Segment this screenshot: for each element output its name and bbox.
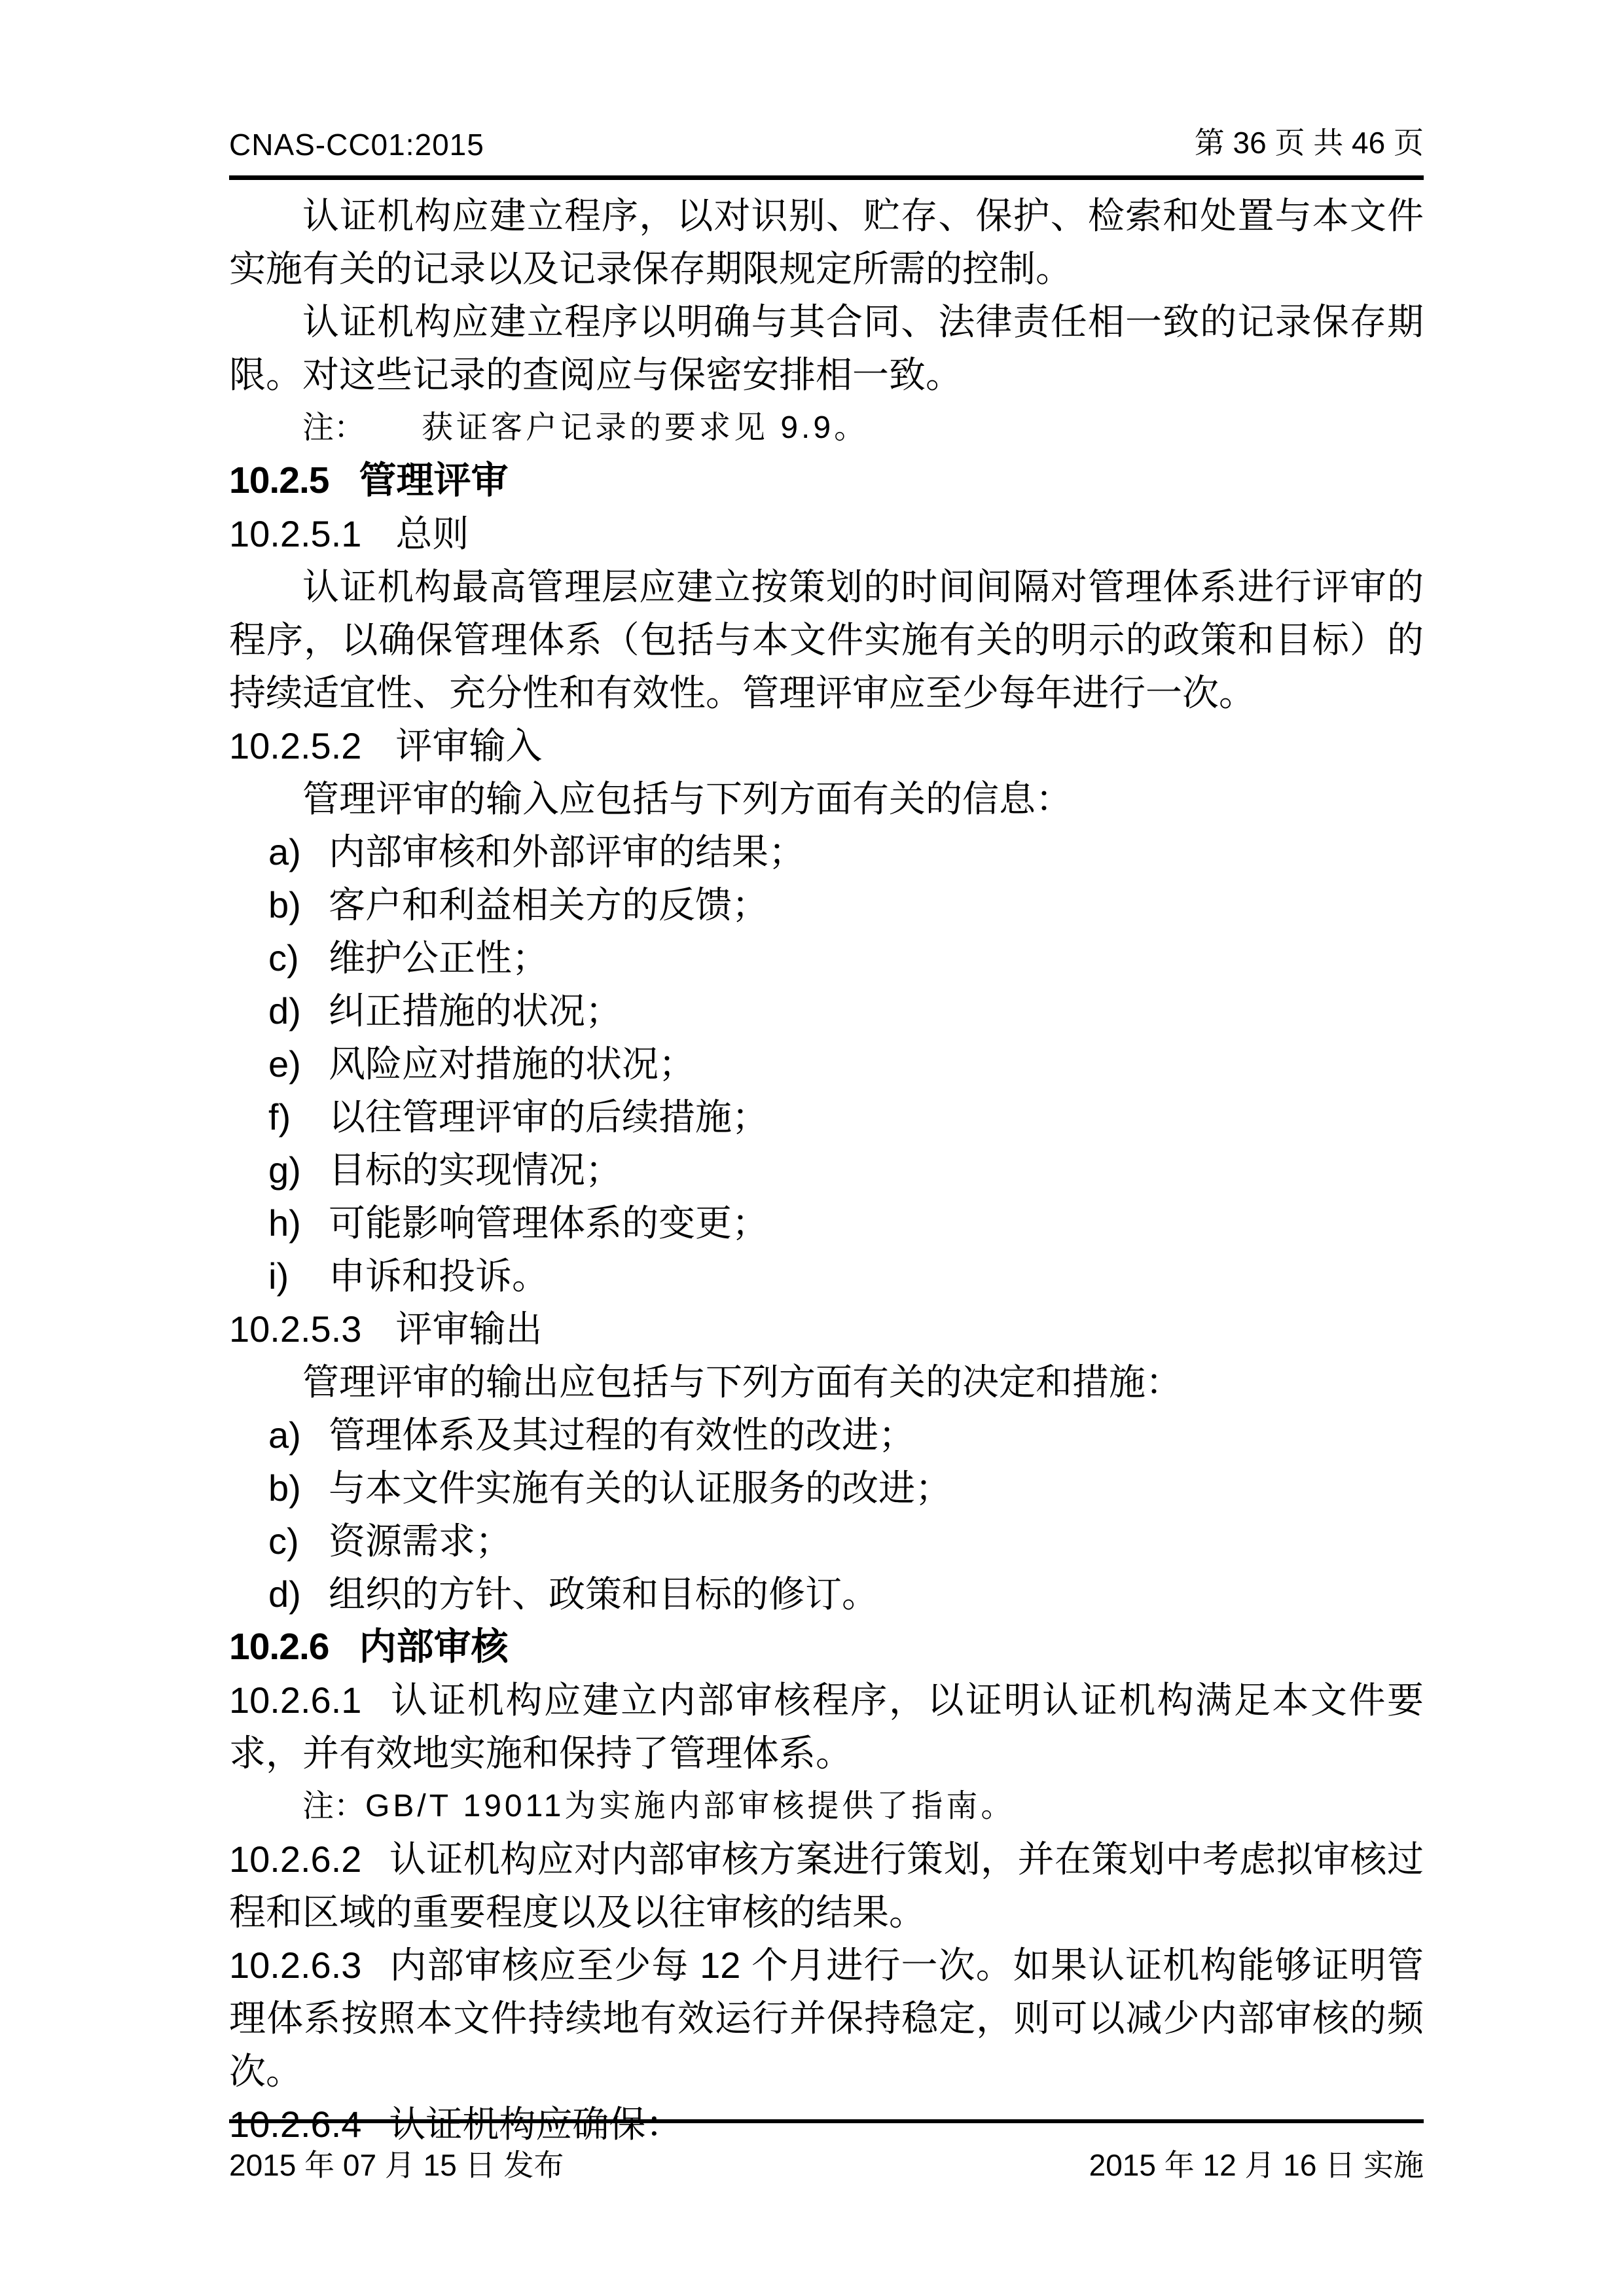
list-item: h)可能影响管理体系的变更； [229, 1196, 1424, 1249]
document-code: CNAS-CC01:2015 [229, 127, 484, 162]
list-marker: g) [268, 1143, 329, 1196]
list-marker: a) [268, 825, 329, 878]
paragraph-review-output-intro: 管理评审的输出应包括与下列方面有关的决定和措施： [229, 1355, 1424, 1408]
list-item: c)资源需求； [229, 1515, 1424, 1568]
page-header: CNAS-CC01:2015 第 36 页 共 46 页 [229, 119, 1424, 180]
clause-number: 10.2.5.1 [229, 513, 361, 554]
list-item-text: 组织的方针、政策和目标的修订。 [329, 1568, 878, 1621]
clause-heading-10-2-5-1: 10.2.5.1总则 [229, 507, 1424, 560]
list-item-text: 与本文件实施有关的认证服务的改进； [329, 1462, 952, 1515]
list-marker: c) [268, 1515, 329, 1568]
clause-title: 总则 [395, 513, 469, 554]
list-item-text: 内部审核和外部评审的结果； [329, 825, 805, 878]
list-item-text: 可能影响管理体系的变更； [329, 1196, 768, 1249]
list-marker: d) [268, 984, 329, 1037]
list-item-text: 纠正措施的状况； [329, 984, 622, 1037]
clause-title: 内部审核 [359, 1626, 508, 1668]
clause-title: 管理评审 [359, 459, 508, 501]
page-number: 第 36 页 共 46 页 [1195, 119, 1424, 162]
list-marker: a) [268, 1408, 329, 1462]
list-item: i)申诉和投诉。 [229, 1249, 1424, 1302]
clause-10-2-6-1: 10.2.6.1认证机构应建立内部审核程序，以证明认证机构满足本文件要求，并有效… [229, 1674, 1424, 1780]
clause-number: 10.2.6.2 [229, 1839, 361, 1880]
list-item: d)组织的方针、政策和目标的修订。 [229, 1568, 1424, 1621]
clause-number: 10.2.6 [229, 1626, 329, 1668]
paragraph-records-control: 认证机构应建立程序，以对识别、贮存、保护、检索和处置与本文件实施有关的记录以及记… [229, 189, 1424, 295]
list-marker: b) [268, 1462, 329, 1515]
list-marker: f) [268, 1090, 329, 1143]
clause-heading-10-2-5-3: 10.2.5.3评审输出 [229, 1302, 1424, 1355]
paragraph-management-review-general: 认证机构最高管理层应建立按策划的时间间隔对管理体系进行评审的程序，以确保管理体系… [229, 560, 1424, 719]
list-item-text: 申诉和投诉。 [329, 1249, 549, 1302]
clause-10-2-6-2: 10.2.6.2认证机构应对内部审核方案进行策划，并在策划中考虑拟审核过程和区域… [229, 1833, 1424, 1939]
list-item: f)以往管理评审的后续措施； [229, 1090, 1424, 1143]
clause-title: 评审输入 [395, 725, 542, 766]
list-marker: i) [268, 1249, 329, 1302]
section-heading-10-2-6: 10.2.6内部审核 [229, 1621, 1424, 1674]
review-input-list: a)内部审核和外部评审的结果； b)客户和利益相关方的反馈； c)维护公正性； … [229, 825, 1424, 1302]
review-output-list: a)管理体系及其过程的有效性的改进； b)与本文件实施有关的认证服务的改进； c… [229, 1408, 1424, 1621]
issue-date: 2015 年 07 月 15 日 发布 [229, 2142, 564, 2185]
clause-text: 认证机构应对内部审核方案进行策划，并在策划中考虑拟审核过程和区域的重要程度以及以… [229, 1839, 1424, 1933]
clause-text: 认证机构应建立内部审核程序，以证明认证机构满足本文件要求，并有效地实施和保持了管… [229, 1679, 1424, 1774]
list-item-text: 风险应对措施的状况； [329, 1037, 695, 1090]
list-item-text: 客户和利益相关方的反馈； [329, 878, 768, 931]
page: CNAS-CC01:2015 第 36 页 共 46 页 认证机构应建立程序，以… [0, 0, 1624, 2296]
list-item: c)维护公正性； [229, 931, 1424, 984]
list-item: a)内部审核和外部评审的结果； [229, 825, 1424, 878]
note-text: 获证客户记录的要求见 9.9。 [422, 410, 869, 445]
list-item: b)与本文件实施有关的认证服务的改进； [229, 1462, 1424, 1515]
list-item: g)目标的实现情况； [229, 1143, 1424, 1196]
note-text: GB/T 19011为实施内部审核提供了指南。 [365, 1789, 1015, 1823]
list-item: b)客户和利益相关方的反馈； [229, 878, 1424, 931]
implementation-date: 2015 年 12 月 16 日 实施 [1089, 2142, 1424, 2185]
list-marker: h) [268, 1196, 329, 1249]
list-item: a)管理体系及其过程的有效性的改进； [229, 1408, 1424, 1462]
clause-heading-10-2-5-2: 10.2.5.2评审输入 [229, 719, 1424, 772]
clause-number: 10.2.5.3 [229, 1308, 361, 1350]
clause-number: 10.2.6.3 [229, 1945, 361, 1986]
paragraph-review-input-intro: 管理评审的输入应包括与下列方面有关的信息： [229, 772, 1424, 825]
page-footer: 2015 年 07 月 15 日 发布 2015 年 12 月 16 日 实施 [229, 2119, 1424, 2185]
paragraph-retention-period: 认证机构应建立程序以明确与其合同、法律责任相一致的记录保存期限。对这些记录的查阅… [229, 295, 1424, 401]
note-label: 注： [302, 1789, 365, 1823]
list-item-text: 维护公正性； [329, 931, 549, 984]
list-marker: e) [268, 1037, 329, 1090]
list-item: e)风险应对措施的状况； [229, 1037, 1424, 1090]
clause-number: 10.2.5.2 [229, 725, 361, 766]
note-gbt-19011: 注：GB/T 19011为实施内部审核提供了指南。 [229, 1780, 1424, 1833]
list-item-text: 资源需求； [329, 1515, 512, 1568]
clause-number: 10.2.6.1 [229, 1679, 361, 1721]
clause-text: 内部审核应至少每 12 个月进行一次。如果认证机构能够证明管理体系按照本文件持续… [229, 1945, 1424, 2092]
list-marker: d) [268, 1568, 329, 1621]
list-item: d)纠正措施的状况； [229, 984, 1424, 1037]
document-body: 认证机构应建立程序，以对识别、贮存、保护、检索和处置与本文件实施有关的记录以及记… [229, 189, 1424, 2151]
list-item-text: 目标的实现情况； [329, 1143, 622, 1196]
clause-number: 10.2.5 [229, 459, 329, 501]
list-marker: c) [268, 931, 329, 984]
list-marker: b) [268, 878, 329, 931]
list-item-text: 管理体系及其过程的有效性的改进； [329, 1408, 915, 1462]
list-item-text: 以往管理评审的后续措施； [329, 1090, 768, 1143]
section-heading-10-2-5: 10.2.5管理评审 [229, 454, 1424, 507]
note-client-records: 注：获证客户记录的要求见 9.9。 [229, 401, 1424, 454]
note-label: 注： [302, 410, 365, 445]
clause-10-2-6-3: 10.2.6.3内部审核应至少每 12 个月进行一次。如果认证机构能够证明管理体… [229, 1939, 1424, 2098]
clause-title: 评审输出 [395, 1308, 542, 1350]
